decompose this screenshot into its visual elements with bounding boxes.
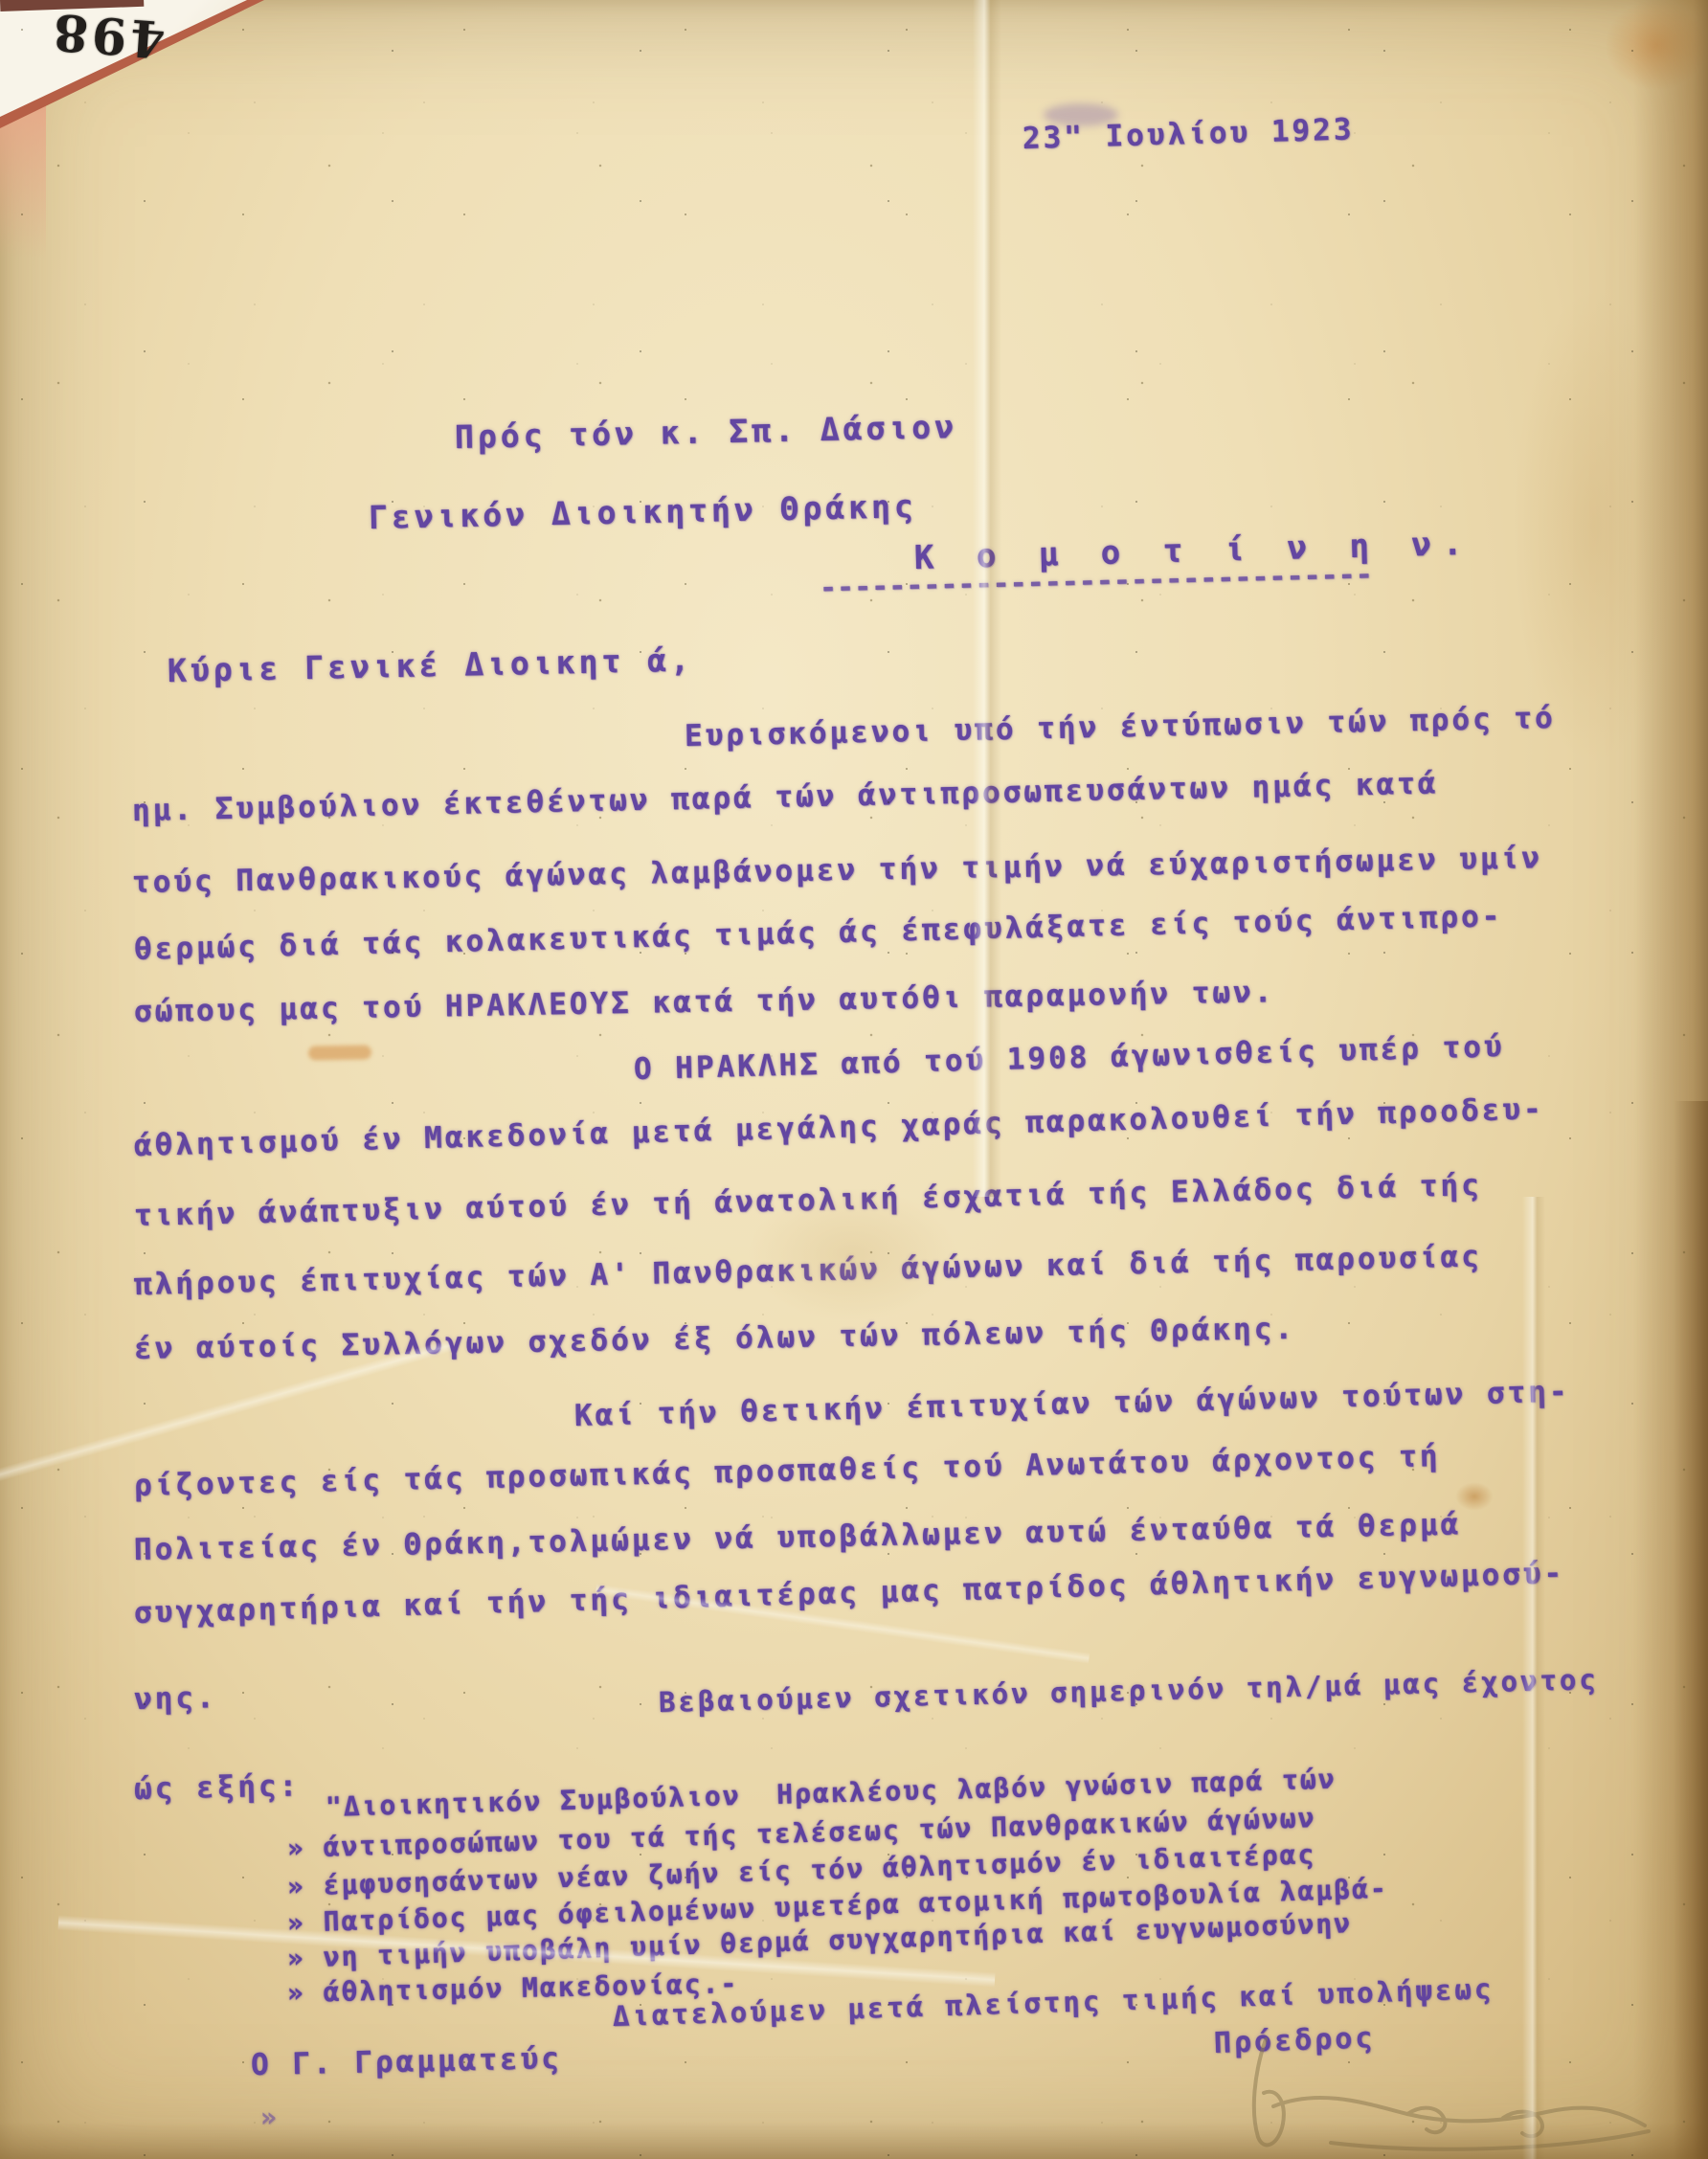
archive-number-stamp: 498 <box>48 2 168 68</box>
paper-stain <box>1455 1482 1494 1511</box>
salutation: Κύριε Γενικέ Διοικητ ά, <box>168 642 694 689</box>
paper-stain <box>1605 0 1708 91</box>
body-line: Πολιτείας έν Θράκη,τολμώμεν νά υποβάλλωμ… <box>134 1508 1462 1567</box>
bottom-page-edge <box>0 2122 1708 2159</box>
body-line: άθλητισμού έν Μακεδονία μετά μεγάλης χαρ… <box>134 1092 1545 1163</box>
body-line: νης. <box>134 1681 217 1717</box>
body-line: Καί τήν θετικήν έπιτυχίαν τών άγώνων τού… <box>574 1376 1570 1434</box>
left-edge-pink-stain <box>0 0 46 259</box>
correction-stain <box>308 1045 371 1060</box>
letter-date: 23" Ιουλίου 1923 <box>1023 113 1355 156</box>
body-line: θερμώς διά τάς κολακευτικάς τιμάς άς έπε… <box>134 900 1503 968</box>
body-line: συγχαρητήρια καί τήν τής ιδιαιτέρας μας … <box>134 1557 1565 1630</box>
body-line: Ευρισκόμενοι υπό τήν έντύπωσιν τών πρός … <box>685 702 1556 754</box>
city-dashed-underline: -------------------------------- <box>820 559 1374 606</box>
body-line: ρίζοντες είς τάς προσωπικάς προσπαθείς τ… <box>134 1440 1441 1504</box>
body-line: πλήρους έπιτυχίας τών Α' Πανθρακικών άγώ… <box>134 1241 1483 1303</box>
stray-quote-mark: » <box>260 2103 281 2134</box>
certify-line: Βεβαιούμεν σχετικόν σημερινόν τηλ/μά μας… <box>659 1664 1600 1719</box>
scanned-letter-page: 498 23" Ιουλίου 1923 Πρός τόν κ. Σπ. Δάσ… <box>0 0 1708 2159</box>
body-line: Ο ΗΡΑΚΛΗΣ από τού 1908 άγωνισθείς υπέρ τ… <box>634 1030 1505 1087</box>
body-line: σώπους μας τού ΗΡΑΚΛΕΟΥΣ κατά τήν αυτόθι… <box>134 976 1275 1029</box>
body-line: τούς Πανθρακικούς άγώνας λαμβάνομεν τήν … <box>132 842 1543 900</box>
paper-stain <box>1513 287 1675 766</box>
recipient-name-line: Πρός τόν κ. Σπ. Δάσιον <box>455 409 958 456</box>
body-line: ημ. Συμβούλιον έκτεθέντων παρά τών άντιπ… <box>132 767 1439 828</box>
body-line: τικήν άνάπτυξιν αύτού έν τή άνατολική έσ… <box>134 1169 1483 1234</box>
as-follows-label: ώς εξής: <box>134 1769 301 1807</box>
body-line: έν αύτοίς Συλλόγων σχεδόν έξ όλων τών πό… <box>134 1313 1296 1367</box>
right-page-edge-dark <box>1674 1101 1708 2159</box>
right-page-edge <box>1633 0 1708 2159</box>
secretary-label: Ο Γ. Γραμματεύς <box>251 2042 563 2082</box>
recipient-title-line: Γενικόν Διοικητήν Θράκης <box>369 488 917 536</box>
president-label: Πρόεδρος <box>1213 2022 1376 2060</box>
